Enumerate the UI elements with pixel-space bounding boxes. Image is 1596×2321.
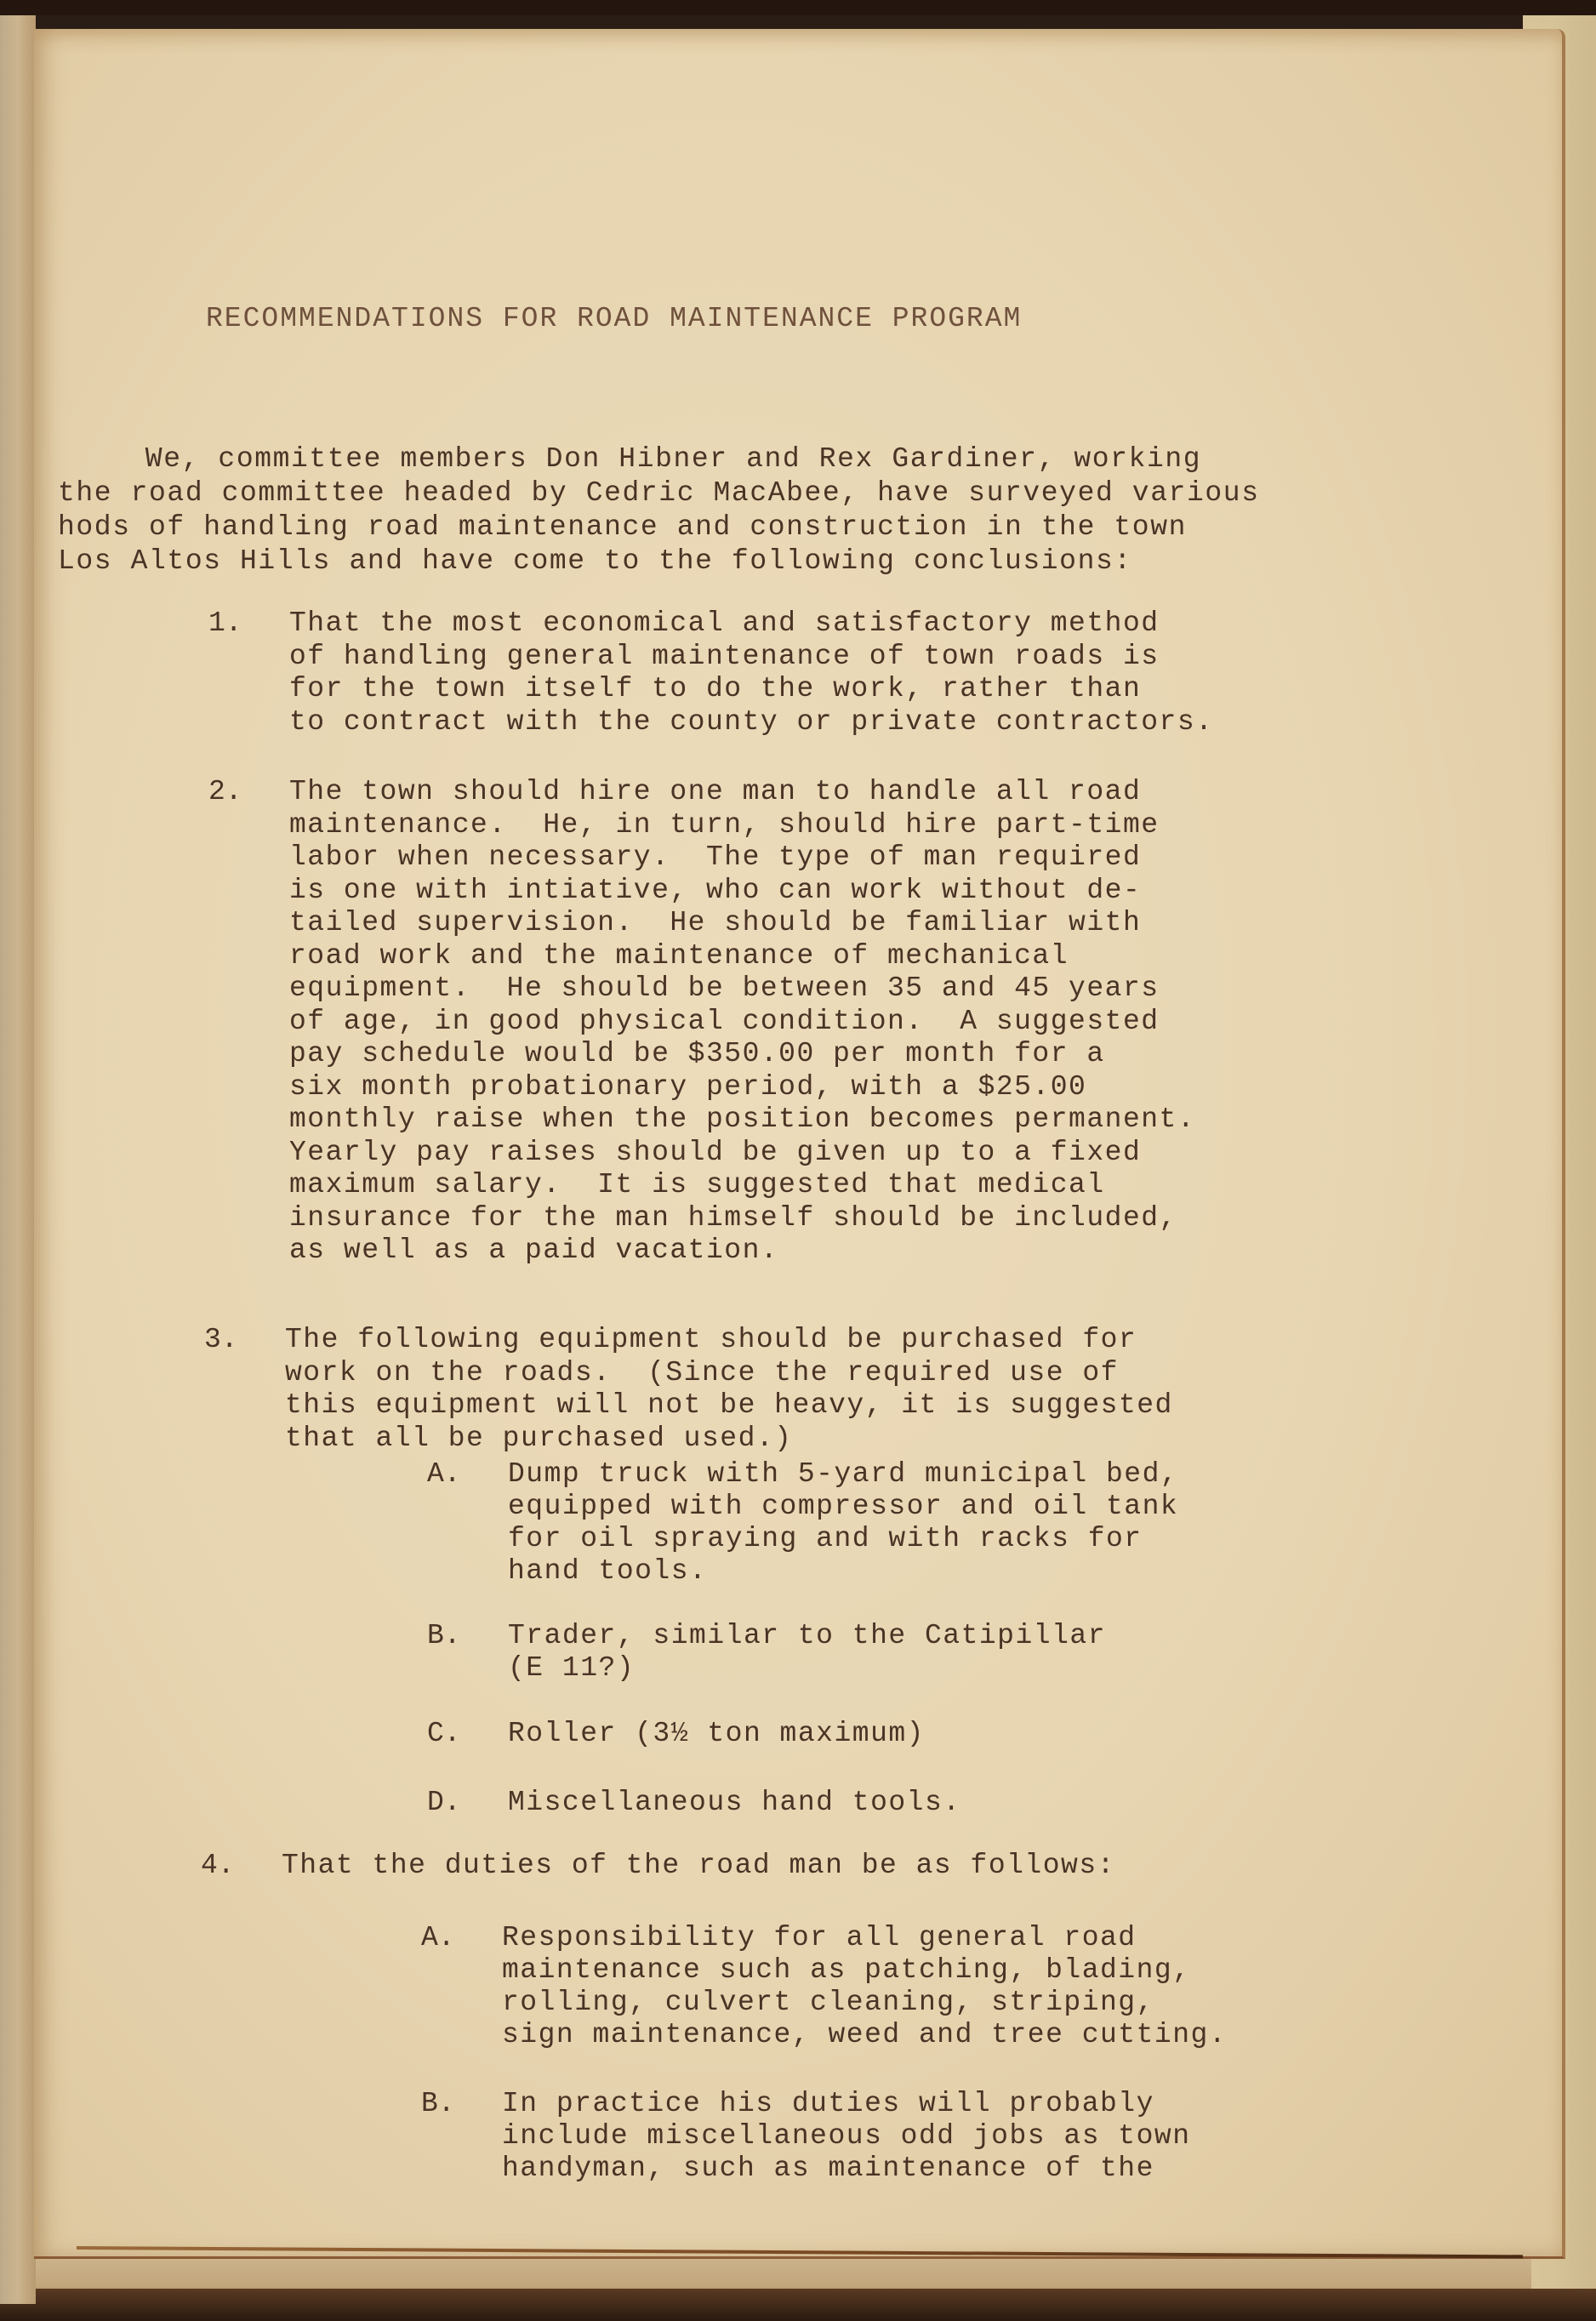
item-number: 3. xyxy=(204,1324,238,1355)
item-line: to contract with the county or private c… xyxy=(289,706,1213,739)
subitem-line: (E 11?) xyxy=(508,1652,1106,1685)
item-line: tailed supervision. He should be familia… xyxy=(289,907,1195,940)
item-text: The town should hire one man to handle a… xyxy=(289,776,1195,1268)
subitem-line: Responsibility for all general road xyxy=(502,1922,1227,1954)
subitem-line: sign maintenance, weed and tree cutting. xyxy=(502,2019,1227,2051)
item-number: 4. xyxy=(201,1850,235,1881)
subitem-line: for oil spraying and with racks for xyxy=(508,1523,1178,1555)
item-line: work on the roads. (Since the required u… xyxy=(285,1357,1173,1390)
intro-line: Los Altos Hills and have come to the fol… xyxy=(58,545,1260,579)
item-line: for the town itself to do the work, rath… xyxy=(289,673,1213,706)
item-text: That the duties of the road man be as fo… xyxy=(282,1850,1115,1883)
photo-top-edge xyxy=(0,0,1596,15)
subitem-letter: B. xyxy=(427,1620,461,1651)
item-line: pay schedule would be $350.00 per month … xyxy=(289,1038,1195,1071)
subitem-text: In practice his duties will probably inc… xyxy=(502,2088,1191,2185)
subitem-letter: D. xyxy=(427,1787,461,1818)
subitem-line: equipped with compressor and oil tank xyxy=(508,1491,1178,1523)
item-line: is one with intiative, who can work with… xyxy=(289,875,1195,908)
subitem-line: In practice his duties will probably xyxy=(502,2088,1191,2120)
subitem-text: Miscellaneous hand tools. xyxy=(508,1787,961,1819)
item-line: maintenance. He, in turn, should hire pa… xyxy=(289,809,1195,842)
intro-line: hods of handling road maintenance and co… xyxy=(58,511,1260,545)
subitem-text: Roller (3½ ton maximum) xyxy=(508,1718,925,1750)
item-line: of age, in good physical condition. A su… xyxy=(289,1006,1195,1039)
subitem-line: include miscellaneous odd jobs as town xyxy=(502,2120,1191,2153)
subitem-letter: C. xyxy=(427,1718,461,1749)
item-number: 2. xyxy=(208,776,242,807)
item-line: The following equipment should be purcha… xyxy=(285,1324,1173,1357)
item-line: this equipment will not be heavy, it is … xyxy=(285,1389,1173,1423)
item-line: insurance for the man himself should be … xyxy=(289,1202,1195,1235)
item-line: That the most economical and satisfactor… xyxy=(289,607,1213,641)
item-line: Yearly pay raises should be given up to … xyxy=(289,1137,1195,1170)
item-line: six month probationary period, with a $2… xyxy=(289,1071,1195,1104)
item-line: road work and the maintenance of mechani… xyxy=(289,940,1195,973)
item-line: that all be purchased used.) xyxy=(285,1423,1173,1456)
item-line: The town should hire one man to handle a… xyxy=(289,776,1195,809)
intro-line: We, committee members Don Hibner and Rex… xyxy=(109,443,1260,477)
subitem-letter: A. xyxy=(421,1922,455,1953)
intro-paragraph: We, committee members Don Hibner and Rex… xyxy=(58,443,1260,579)
item-line: of handling general maintenance of town … xyxy=(289,641,1213,674)
photo-bottom-edge xyxy=(0,2289,1596,2321)
subitem-letter: B. xyxy=(421,2088,455,2119)
item-line: maximum salary. It is suggested that med… xyxy=(289,1169,1195,1202)
subitem-line: Miscellaneous hand tools. xyxy=(508,1787,961,1819)
item-line: equipment. He should be between 35 and 4… xyxy=(289,972,1195,1006)
subitem-line: handyman, such as maintenance of the xyxy=(502,2153,1191,2185)
item-text: That the most economical and satisfactor… xyxy=(289,607,1213,738)
item-line: labor when necessary. The type of man re… xyxy=(289,841,1195,875)
subitem-line: hand tools. xyxy=(508,1555,1178,1588)
subitem-line: maintenance such as patching, blading, xyxy=(502,1954,1227,1987)
intro-line: the road committee headed by Cedric MacA… xyxy=(58,477,1260,511)
subitem-letter: A. xyxy=(427,1458,461,1490)
subitem-line: rolling, culvert cleaning, striping, xyxy=(502,1987,1227,2019)
left-binding-edge xyxy=(0,15,36,2304)
subitem-line: Trader, similar to the Catipillar xyxy=(508,1620,1106,1652)
item-line: as well as a paid vacation. xyxy=(289,1235,1195,1268)
document-title: RECOMMENDATIONS FOR ROAD MAINTENANCE PRO… xyxy=(206,303,1022,334)
subitem-text: Responsibility for all general road main… xyxy=(502,1922,1227,2051)
item-line: monthly raise when the position becomes … xyxy=(289,1103,1195,1137)
item-line: That the duties of the road man be as fo… xyxy=(282,1850,1115,1883)
subitem-text: Dump truck with 5-yard municipal bed, eq… xyxy=(508,1458,1178,1588)
subitem-line: Roller (3½ ton maximum) xyxy=(508,1718,925,1750)
item-number: 1. xyxy=(208,607,242,639)
subitem-line: Dump truck with 5-yard municipal bed, xyxy=(508,1458,1178,1491)
typewritten-page: RECOMMENDATIONS FOR ROAD MAINTENANCE PRO… xyxy=(34,29,1565,2259)
item-text: The following equipment should be purcha… xyxy=(285,1324,1173,1455)
subitem-text: Trader, similar to the Catipillar (E 11?… xyxy=(508,1620,1106,1685)
